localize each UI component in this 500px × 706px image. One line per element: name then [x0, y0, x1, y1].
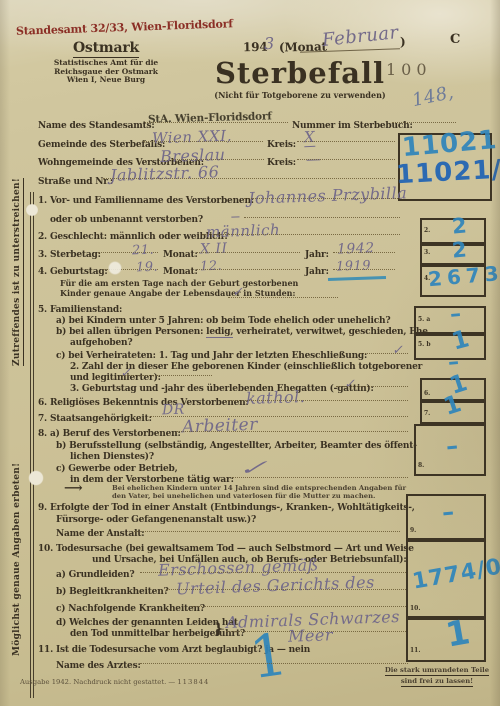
dotted-line	[176, 431, 408, 432]
dotted-line	[172, 159, 264, 160]
code-box-11-label: 11.	[410, 647, 420, 654]
dotted-line	[197, 269, 300, 270]
item5c-line1: c) bei Verheirateten: 1. Tag und Jahr de…	[56, 351, 367, 361]
item1-value: Johannes Przybilla	[248, 183, 408, 208]
code-box-7-label: 7.	[424, 410, 430, 417]
item6-value: kathol.	[246, 387, 306, 408]
margin-note-underline: Zutreffendes ist zu unterstreichen!	[12, 178, 22, 366]
item4-label: 4. Geburtstag:	[38, 267, 108, 277]
dotted-line	[140, 663, 408, 664]
item3-jahr-label: Jahr:	[305, 250, 329, 260]
dotted-line	[297, 159, 395, 160]
item4-day: 19.	[136, 260, 159, 276]
kreis1-value: X	[304, 128, 316, 146]
month-label: (Monat	[279, 41, 327, 56]
item5c3-check: ✓	[120, 366, 132, 381]
item4-note1: Für die am ersten Tage nach der Geburt g…	[60, 279, 298, 288]
dotted-line	[232, 477, 408, 478]
office-stamp: Standesamt 32/33, Wien-Floridsdorf	[16, 18, 233, 38]
item3-day: 21.	[132, 243, 155, 259]
item9-anstalt-label: Name der Anstalt:	[56, 529, 144, 539]
item11-arzt-label: Name des Arztes:	[56, 661, 141, 671]
item10d-line2: den Tod unmittelbar herbeigeführt?	[70, 629, 245, 639]
kreis1-label: Kreis:	[267, 140, 296, 150]
strasse-value: Jablitzstr. 66	[110, 162, 220, 185]
code-box-5a-label: 5. a	[418, 316, 430, 323]
item8b-line2: lichen Dienstes)?	[70, 452, 154, 462]
paren-close: )	[400, 36, 405, 50]
dotted-line	[202, 234, 400, 235]
dotted-line	[134, 531, 400, 532]
margin-rule	[30, 192, 34, 698]
code-2: 2	[451, 213, 468, 238]
item3-monat-label: Monat:	[163, 250, 198, 260]
code-4: 2673	[427, 261, 500, 292]
code-box-3-label: 3.	[424, 249, 430, 256]
item1-alt-line: oder ob unbenannt verstorben?	[50, 215, 203, 225]
item10d-value2: Meer	[288, 625, 334, 646]
code-9: –	[441, 498, 455, 527]
standesamt-label: Name des Standesamts:	[38, 121, 154, 131]
entry-number-handwritten: 148,	[410, 82, 456, 111]
dotted-line	[166, 589, 408, 590]
dotted-line	[197, 252, 300, 253]
corner-mark: C	[450, 33, 460, 48]
dotted-line	[244, 198, 400, 199]
item8a-value: Arbeiter	[182, 415, 258, 438]
dotted-line	[360, 353, 408, 354]
item5-label: 5. Familienstand:	[38, 305, 122, 315]
item5b-line1: b) bei allen übrigen Personen: ledig, ve…	[56, 327, 428, 337]
death-record-form: Standesamt 32/33, Wien-Floridsdorf Ostma…	[0, 0, 500, 706]
code-box-5b-label: 5. b	[418, 341, 431, 348]
code-box-9-label: 9.	[410, 527, 416, 534]
item7-label: 7. Staatsangehörigkeit:	[38, 414, 152, 424]
code-3: 2	[451, 237, 468, 262]
code-box-8-label: 8.	[418, 462, 424, 469]
item8b-line1: b) Berufsstellung (selbständig, Angestel…	[56, 441, 417, 451]
code-box-10-label: 10.	[410, 605, 420, 612]
item8-footnote2: den Vater, bei unehelichen und vaterlose…	[112, 492, 375, 500]
issuing-office: Statistisches Amt für die Reichsgaue der…	[36, 59, 176, 85]
item10a-label: a) Grundleiden?	[56, 570, 134, 580]
item10b-label: b) Begleitkrankheiten?	[56, 587, 169, 597]
item2-value: männlich	[206, 221, 281, 242]
item5c4-check: ✓	[344, 377, 356, 392]
item3-month: X II	[200, 241, 228, 258]
kreis2-label: Kreis:	[267, 158, 296, 168]
dotted-line	[336, 386, 408, 387]
standesamt-stamp: StA. Wien-Floridsdorf	[148, 110, 272, 125]
item4-month: 12.	[200, 259, 223, 275]
boxes-note-line2: sind frei zu lassen!	[382, 677, 492, 685]
item4-jahr-label: Jahr:	[305, 267, 329, 277]
margin-note-accuracy: Möglichst genaue Angaben erbeten!	[12, 463, 22, 656]
arrow-icon: ⟶	[64, 482, 82, 497]
boxes-note-line1: Die stark umrandeten Teile	[382, 666, 492, 674]
item3-year: 1942	[337, 240, 375, 257]
item9-line1: 9. Erfolgte der Tod in einer Anstalt (En…	[38, 503, 415, 513]
crayon-underline	[328, 276, 386, 281]
item8c-line1: c) Gewerbe oder Betrieb,	[56, 464, 178, 474]
month-handwritten: Februar	[321, 22, 399, 51]
dotted-line	[143, 141, 263, 142]
year-handwritten: 3	[264, 34, 275, 53]
item5c1-check: ✓	[392, 343, 404, 358]
dotted-line	[297, 141, 395, 142]
item5b-line2: aufgehoben?	[70, 338, 132, 348]
dotted-line	[103, 178, 395, 179]
item8a-label: 8. a) Beruf des Verstorbenen:	[38, 429, 181, 439]
item4-year: 1919	[336, 258, 372, 274]
item4-monat-label: Monat:	[163, 267, 198, 277]
dotted-line	[145, 122, 288, 123]
dotted-line	[333, 269, 395, 270]
item8-footnote1: Bei ehelichen Kindern unter 14 Jahren si…	[112, 484, 406, 492]
edition-footnote: Ausgabe 1942. Nachdruck nicht gestattet.…	[20, 678, 209, 686]
form-title: Sterbefall	[190, 57, 410, 90]
dotted-line	[392, 122, 456, 123]
dotted-line	[333, 252, 395, 253]
code-5a: –	[449, 302, 462, 328]
code-box-6-label: 6.	[424, 390, 430, 397]
dotted-line	[122, 375, 212, 376]
code-8: –	[445, 432, 459, 461]
item5c-line4: 3. Geburtstag und -jahr des überlebenden…	[70, 384, 374, 394]
item10c-label: c) Nachfolgende Krankheiten?	[56, 604, 205, 614]
dotted-line	[228, 297, 338, 298]
item5a-line: a) bei Kindern unter 5 Jahren: ob beim T…	[56, 316, 390, 326]
item10-line1: 10. Todesursache (bei gewaltsamem Tod — …	[38, 544, 414, 554]
strasse-label: Straße und Nr.:	[38, 177, 113, 187]
item3-label: 3. Sterbetag:	[38, 250, 101, 260]
dotted-line	[228, 400, 408, 401]
code-box-2-label: 2.	[424, 227, 430, 234]
item1-line: 1. Vor- und Familienname des Verstorbene…	[38, 196, 254, 206]
region-title: Ostmark	[58, 40, 154, 56]
item6-label: 6. Religiöses Bekenntnis des Verstorbene…	[38, 398, 249, 408]
item9-line2: Fürsorge- oder Gefangenenanstalt usw.)?	[56, 515, 256, 525]
registry-code-bottom: 11021/4	[395, 154, 500, 191]
issuing-office-line3: Wien I, Neue Burg	[36, 76, 176, 85]
stamp-number: 100	[386, 61, 432, 79]
dotted-line	[244, 217, 400, 218]
item10d-line1: d) Welches der genannten Leiden hat	[56, 618, 238, 628]
form-subtitle: (Nicht für Totgeborene zu verwenden)	[190, 91, 410, 100]
